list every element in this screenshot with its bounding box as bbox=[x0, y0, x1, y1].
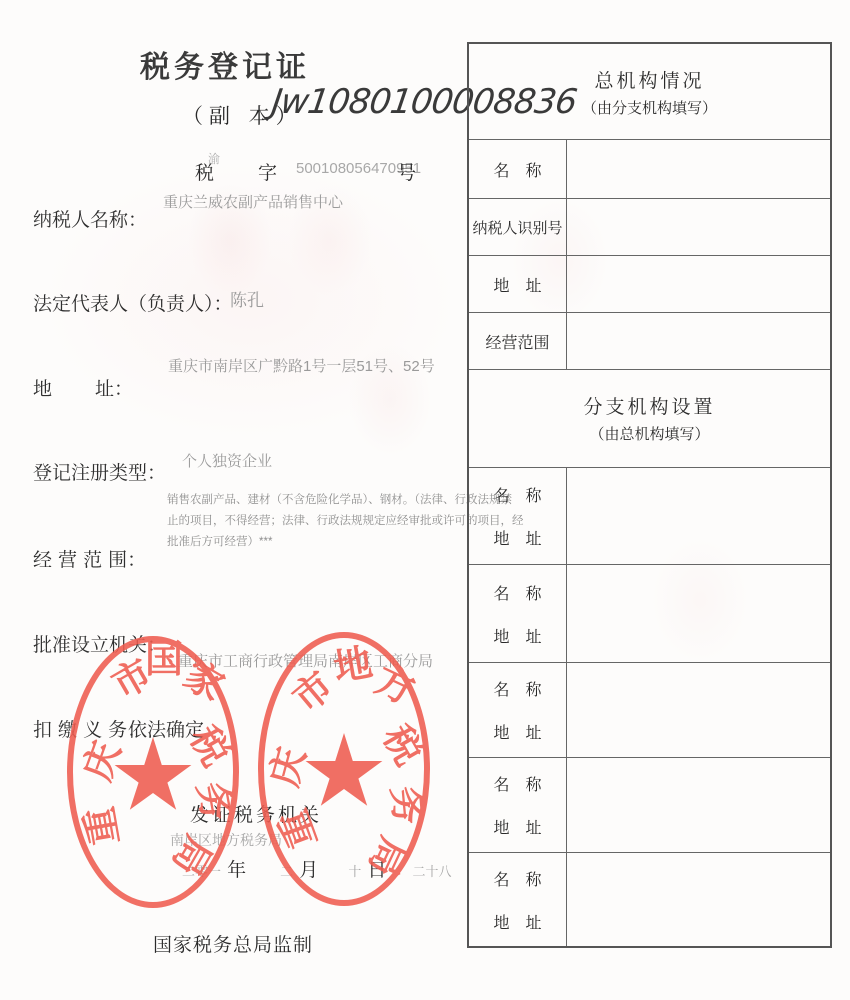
headquarters-taxpayer-id-field bbox=[567, 199, 830, 255]
branch-row: 名 称 地 址 bbox=[469, 663, 830, 758]
branch-row: 名 称 地 址 bbox=[469, 758, 830, 853]
tax-prefix: 渝 bbox=[208, 150, 220, 167]
withholding-value: 依法确定 bbox=[128, 715, 204, 742]
date-day-label: 日 bbox=[367, 859, 386, 881]
branch-name-label: 名 称 bbox=[493, 867, 541, 890]
supervised-by: 国家税务总局监制 bbox=[153, 930, 313, 957]
date-year-value: 二零一 bbox=[182, 864, 221, 879]
tax-hao: 号 bbox=[397, 158, 416, 185]
branch-field bbox=[567, 758, 830, 852]
headquarters-scope-field bbox=[567, 313, 830, 369]
address-label-1: 地 bbox=[33, 374, 52, 401]
branch-field bbox=[567, 468, 830, 564]
row-label: 纳税人识别号 bbox=[469, 199, 567, 255]
issuer-label: 发证税务机关 bbox=[190, 800, 322, 827]
branch-address-label: 地 址 bbox=[493, 720, 541, 743]
certificate-title: 税务登记证 bbox=[140, 42, 310, 86]
headquarters-address-field bbox=[567, 256, 830, 312]
star-icon bbox=[113, 737, 193, 817]
branches-title: 分支机构设置 bbox=[469, 370, 830, 419]
headquarters-row-taxpayer-id: 纳税人识别号 bbox=[469, 199, 830, 256]
branch-address-label: 地 址 bbox=[493, 910, 541, 933]
row-label: 名 称 bbox=[469, 140, 567, 198]
branch-row: 名 称 地 址 bbox=[469, 565, 830, 663]
approving-authority-value: 重庆市工商行政管理局南岸区工商分局 bbox=[178, 650, 433, 671]
branch-field bbox=[567, 853, 830, 946]
issue-date: 二零一 年 二 月 十 日 二十八 bbox=[182, 855, 452, 882]
taxpayer-name-label: 纳税人名称： bbox=[33, 205, 147, 232]
row-label: 经营范围 bbox=[469, 313, 567, 369]
branch-labels: 名 称 地 址 bbox=[469, 663, 567, 757]
branches-note: （由总机构填写） bbox=[469, 423, 830, 444]
headquarters-section-header: 总机构情况 （由分支机构填写） bbox=[469, 44, 830, 140]
row-label: 地 址 bbox=[469, 256, 567, 312]
tax-char: 字 bbox=[258, 158, 277, 185]
branch-field bbox=[567, 663, 830, 757]
branch-row: 名 称 地 址 bbox=[469, 853, 830, 946]
branch-name-label: 名 称 bbox=[493, 581, 541, 604]
address-label-2: 址： bbox=[95, 374, 133, 401]
headquarters-row-address: 地 址 bbox=[469, 256, 830, 313]
branch-labels: 名 称 地 址 bbox=[469, 468, 567, 564]
registration-type-value: 个人独资企业 bbox=[182, 450, 272, 471]
branch-field bbox=[567, 565, 830, 662]
taxpayer-name-value: 重庆兰威农副产品销售中心 bbox=[163, 191, 343, 212]
headquarters-name-field bbox=[567, 140, 830, 198]
date-year-label: 年 bbox=[227, 859, 246, 881]
branch-address-label: 地 址 bbox=[493, 815, 541, 838]
business-scope-label: 经 营 范 围： bbox=[33, 545, 146, 572]
headquarters-row-name: 名 称 bbox=[469, 140, 830, 199]
branch-name-label: 名 称 bbox=[493, 677, 541, 700]
legal-rep-value: 陈孔 bbox=[230, 286, 264, 311]
registration-type-label: 登记注册类型： bbox=[33, 458, 166, 485]
date-extra: 二十八 bbox=[413, 864, 452, 879]
date-month-value: 二 bbox=[280, 864, 293, 879]
branch-name-label: 名 称 bbox=[493, 483, 541, 506]
headquarters-title: 总机构情况 bbox=[469, 44, 830, 93]
approving-authority-label: 批准设立机关： bbox=[33, 630, 166, 657]
organization-info-table: 总机构情况 （由分支机构填写） 名 称 纳税人识别号 地 址 经营范围 分支机构… bbox=[467, 42, 832, 948]
legal-rep-label: 法定代表人（负责人）： bbox=[33, 289, 233, 316]
branch-address-label: 地 址 bbox=[493, 526, 541, 549]
branch-address-label: 地 址 bbox=[493, 624, 541, 647]
address-value: 重庆市南岸区广黔路1号一层51号、52号 bbox=[168, 355, 435, 376]
headquarters-row-scope: 经营范围 bbox=[469, 313, 830, 370]
date-month-label: 月 bbox=[299, 859, 318, 881]
date-day-value: 十 bbox=[348, 864, 361, 879]
branch-labels: 名 称 地 址 bbox=[469, 565, 567, 662]
headquarters-note: （由分支机构填写） bbox=[469, 97, 830, 118]
issuer-name: 南岸区地方税务局 bbox=[170, 830, 282, 850]
branch-row: 名 称 地 址 bbox=[469, 468, 830, 565]
branches-section-header: 分支机构设置 （由总机构填写） bbox=[469, 370, 830, 468]
branch-labels: 名 称 地 址 bbox=[469, 758, 567, 852]
branch-labels: 名 称 地 址 bbox=[469, 853, 567, 946]
branch-name-label: 名 称 bbox=[493, 772, 541, 795]
